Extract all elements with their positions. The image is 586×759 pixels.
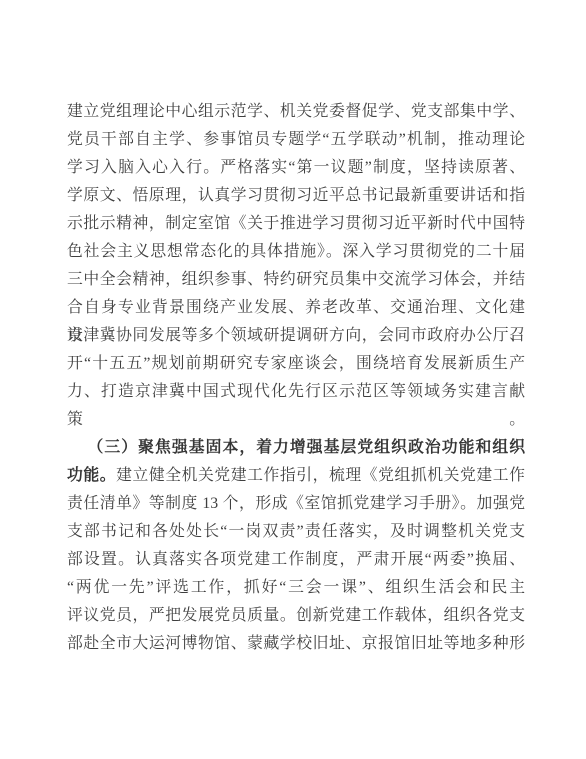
document-body: 建立党组理论中心组示范学、机关党委督促学、党支部集中学、 党员干部自主学、参事馆… [67, 98, 525, 658]
text-line: 建立党组理论中心组示范学、机关党委督促学、党支部集中学、 [67, 98, 525, 126]
text-line: 示批示精神，制定室馆《关于推进学习贯彻习近平新时代中国特 [67, 210, 525, 238]
text-line: 责任清单》等制度 13 个，形成《室馆抓党建学习手册》。加强党 [67, 490, 525, 518]
text-line: 部设置。认真落实各项党建工作制度，严肃开展“两委”换届、 [67, 546, 525, 574]
section-heading-bold: 功能。 [67, 467, 116, 484]
paragraph-section-3: （三）聚焦强基固本，着力增强基层党组织政治功能和组织 功能。建立健全机关党建工作… [67, 434, 525, 658]
text-line: 合自身专业背景围绕产业发展、养老改革、交通治理、文化建设、 [67, 294, 525, 322]
text-line: 部赴全市大运河博物馆、蒙藏学校旧址、京报馆旧址等地多种形 [67, 630, 525, 658]
text-line: 三中全会精神，组织参事、特约研究员集中交流学习体会，并结 [67, 266, 525, 294]
text-line: “两优一先”评选工作，抓好“三会一课”、组织生活会和民主 [67, 574, 525, 602]
section-heading-bold: （三）聚焦强基固本，着力增强基层党组织政治功能和组织 [88, 439, 525, 456]
text-line: 党员干部自主学、参事馆员专题学“五学联动”机制，推动理论 [67, 126, 525, 154]
text-line: 功能。建立健全机关党建工作指引，梳理《党组抓机关党建工作 [67, 462, 525, 490]
paragraph-continuation: 建立党组理论中心组示范学、机关党委督促学、党支部集中学、 党员干部自主学、参事馆… [67, 98, 525, 406]
text-line: 学原文、悟原理，认真学习贯彻习近平总书记最新重要讲话和指 [67, 182, 525, 210]
document-page: 建立党组理论中心组示范学、机关党委督促学、党支部集中学、 党员干部自主学、参事馆… [0, 0, 586, 759]
text-line: 力、打造京津冀中国式现代化先行区示范区等领域务实建言献策。 [67, 378, 525, 406]
section-text: 建立健全机关党建工作指引，梳理《党组抓机关党建工作 [116, 467, 525, 484]
text-line: 色社会主义思想常态化的具体措施》。深入学习贯彻党的二十届 [67, 238, 525, 266]
text-line: 支部书记和各处处长“一岗双责”责任落实，及时调整机关党支 [67, 518, 525, 546]
section-heading-line: （三）聚焦强基固本，着力增强基层党组织政治功能和组织 [67, 434, 525, 462]
text-line: 学习入脑入心入行。严格落实“第一议题”制度，坚持读原著、 [67, 154, 525, 182]
text-line: 评议党员，严把发展党员质量。创新党建工作载体，组织各党支 [67, 602, 525, 630]
text-line: 京津冀协同发展等多个领域研提调研方向，会同市政府办公厅召 [67, 322, 525, 350]
text-line: 开“十五五”规划前期研究专家座谈会，围绕培育发展新质生产 [67, 350, 525, 378]
